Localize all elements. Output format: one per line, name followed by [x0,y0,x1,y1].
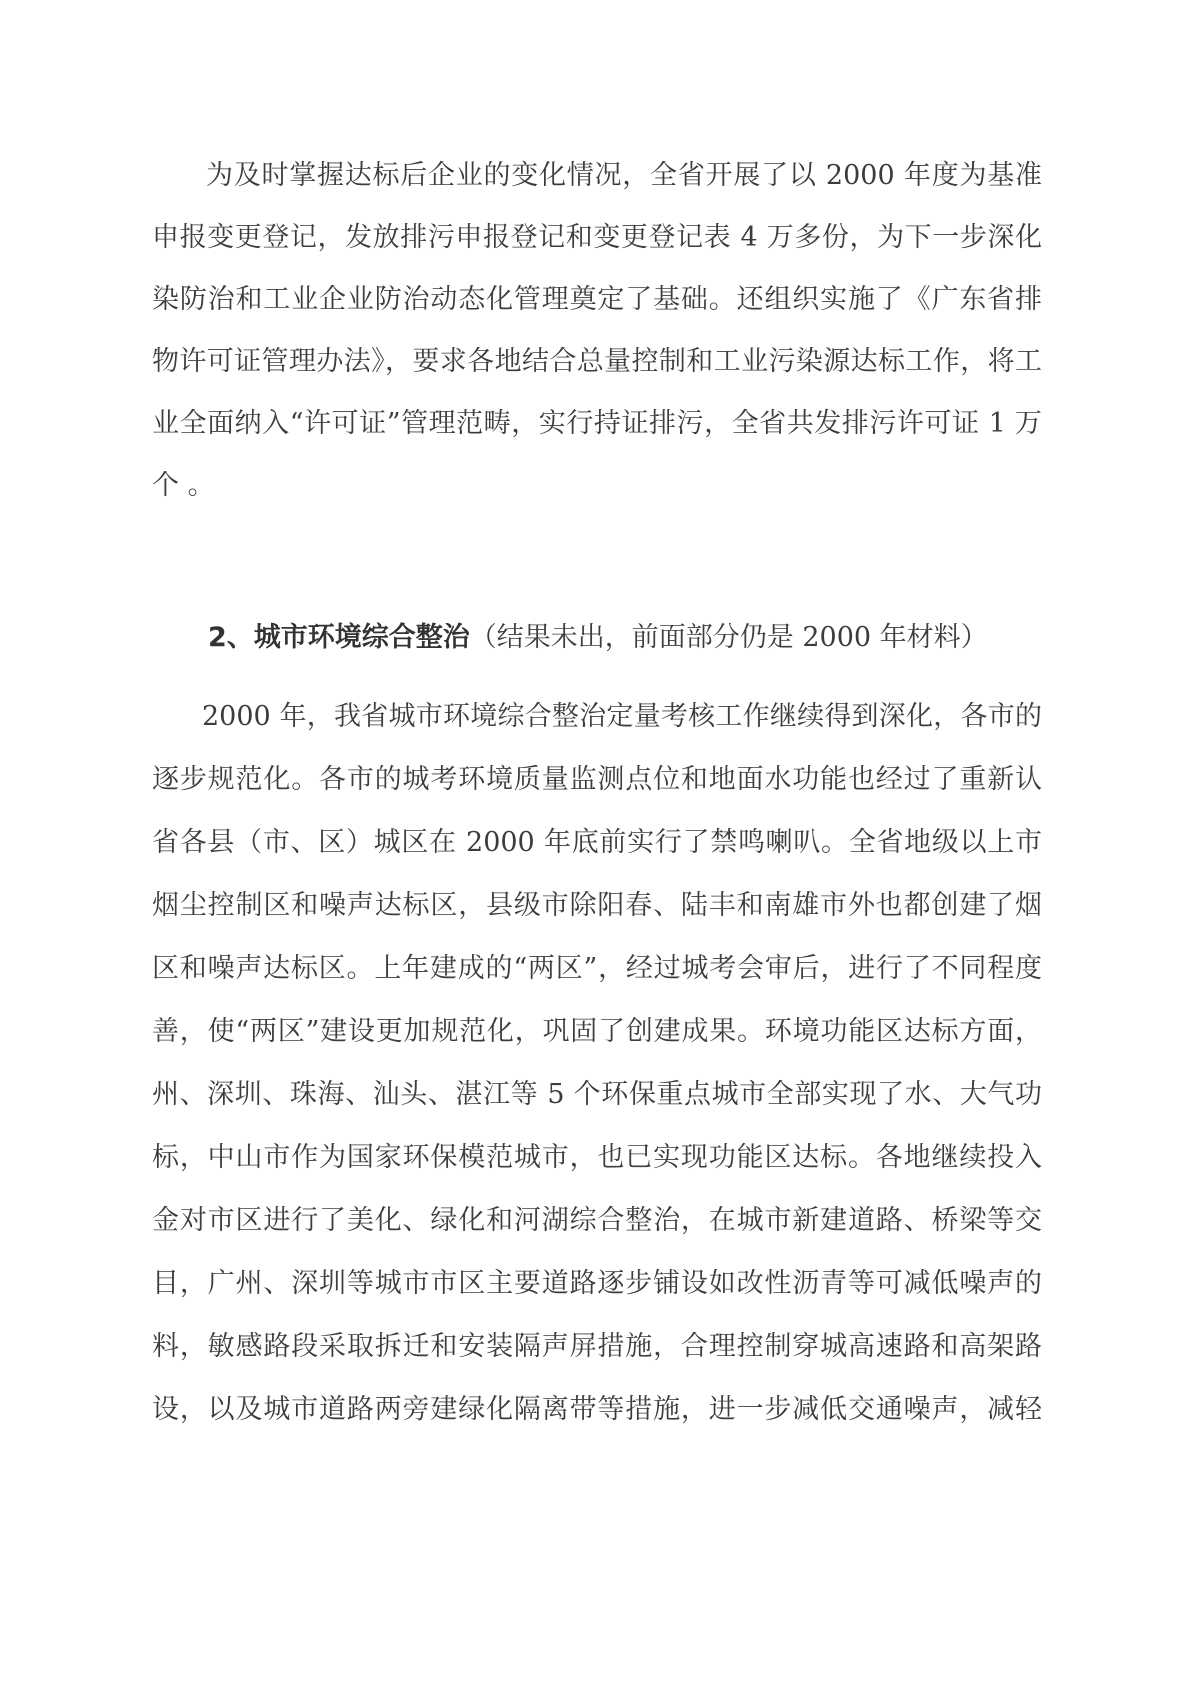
text-line: 申报变更登记，发放排污申报登记和变更登记表 4 万多份，为下一步深化工业污 [152,207,1042,269]
text-line: 州、深圳、珠海、汕头、湛江等 5 个环保重点城市全部实现了水、大气功能区达 [152,1063,1042,1126]
text-line: 业全面纳入“许可证”管理范畴，实行持证排污，全省共发排污许可证 1 万多 [152,393,1042,455]
text-line: 善，使“两区”建设更加规范化，巩固了创建成果。环境功能区达标方面，广 [152,1000,1042,1063]
text-line: 物许可证管理办法》，要求各地结合总量控制和工业污染源达标工作，将工业企 [152,331,1042,393]
text-line: 烟尘控制区和噪声达标区，县级市除阳春、陆丰和南雄市外也都创建了烟尘控制 [152,874,1042,937]
text-line: 区和噪声达标区。上年建成的“两区”，经过城考会审后，进行了不同程度的完 [152,937,1042,1000]
section-heading-title: 2、城市环境综合整治 [208,622,470,653]
paragraph-permit-registration: 为及时掌握达标后企业的变化情况，全省开展了以 2000 年度为基准年的排污申报变… [152,145,1042,517]
document-page: 为及时掌握达标后企业的变化情况，全省开展了以 2000 年度为基准年的排污申报变… [0,0,1191,1684]
text-line: 料，敏感路段采取拆迁和安装隔声屏措施，合理控制穿城高速路和高架路的建 [152,1315,1042,1378]
text-line: 设，以及城市道路两旁建绿化隔离带等措施，进一步减低交通噪声，减轻交通噪 [152,1378,1042,1441]
text-line: 2000 年，我省城市环境综合整治定量考核工作继续得到深化，各市的工作 [152,685,1042,748]
text-line: 为及时掌握达标后企业的变化情况，全省开展了以 2000 年度为基准年的排污 [152,145,1042,207]
section-heading-urban-environment: 2、城市环境综合整治（结果未出，前面部分仍是 2000 年材料） [152,616,1042,660]
text-line: 省各县（市、区）城区在 2000 年底前实行了禁鸣喇叭。全省地级以上市均建成 [152,811,1042,874]
paragraph-comprehensive-improvement: 2000 年，我省城市环境综合整治定量考核工作继续得到深化，各市的工作逐步规范化… [152,685,1042,1441]
text-line: 逐步规范化。各市的城考环境质量监测点位和地面水功能也经过了重新认定。全 [152,748,1042,811]
text-line: 染防治和工业企业防治动态化管理奠定了基础。还组织实施了《广东省排放污染 [152,269,1042,331]
text-line: 个 。 [152,455,1042,517]
section-heading-note: （结果未出，前面部分仍是 2000 年材料） [470,622,988,653]
text-line: 目，广州、深圳等城市市区主要道路逐步铺设如改性沥青等可减低噪声的路面材 [152,1252,1042,1315]
text-line: 标，中山市作为国家环保模范城市，也已实现功能区达标。各地继续投入大量资 [152,1126,1042,1189]
text-line: 金对市区进行了美化、绿化和河湖综合整治，在城市新建道路、桥梁等交通项 [152,1189,1042,1252]
